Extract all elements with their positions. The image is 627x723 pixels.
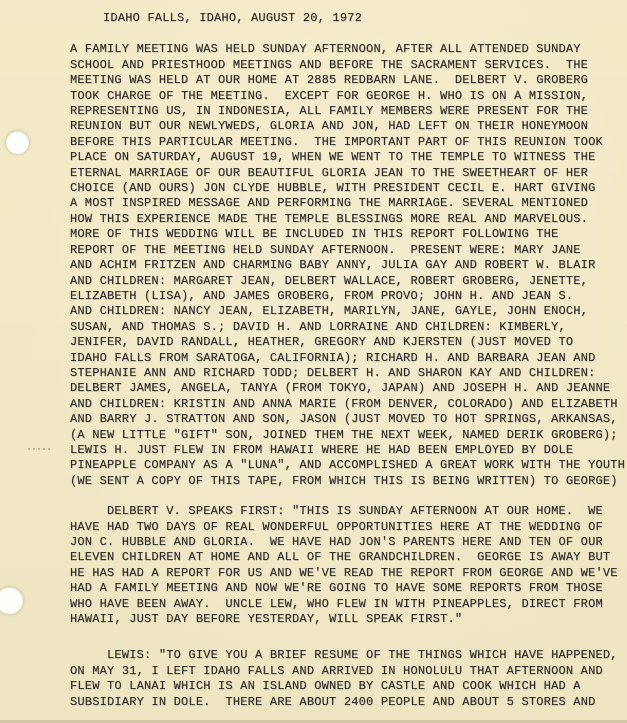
margin-smudge-mark [28,448,50,450]
paragraph-lewis-speaks: LEWIS: "TO GIVE YOU A BRIEF RESUME OF TH… [70,648,627,710]
paragraph-delbert-speaks: DELBERT V. SPEAKS FIRST: "THIS IS SUNDAY… [70,504,627,627]
hole-punch-top [6,131,29,154]
document-title: IDAHO FALLS, IDAHO, AUGUST 20, 1972 [103,11,627,26]
hole-punch-bottom [0,587,23,614]
typewritten-page: IDAHO FALLS, IDAHO, AUGUST 20, 1972 A FA… [0,0,627,723]
paragraph-family-meeting-report: A FAMILY MEETING WAS HELD SUNDAY AFTERNO… [70,42,627,489]
